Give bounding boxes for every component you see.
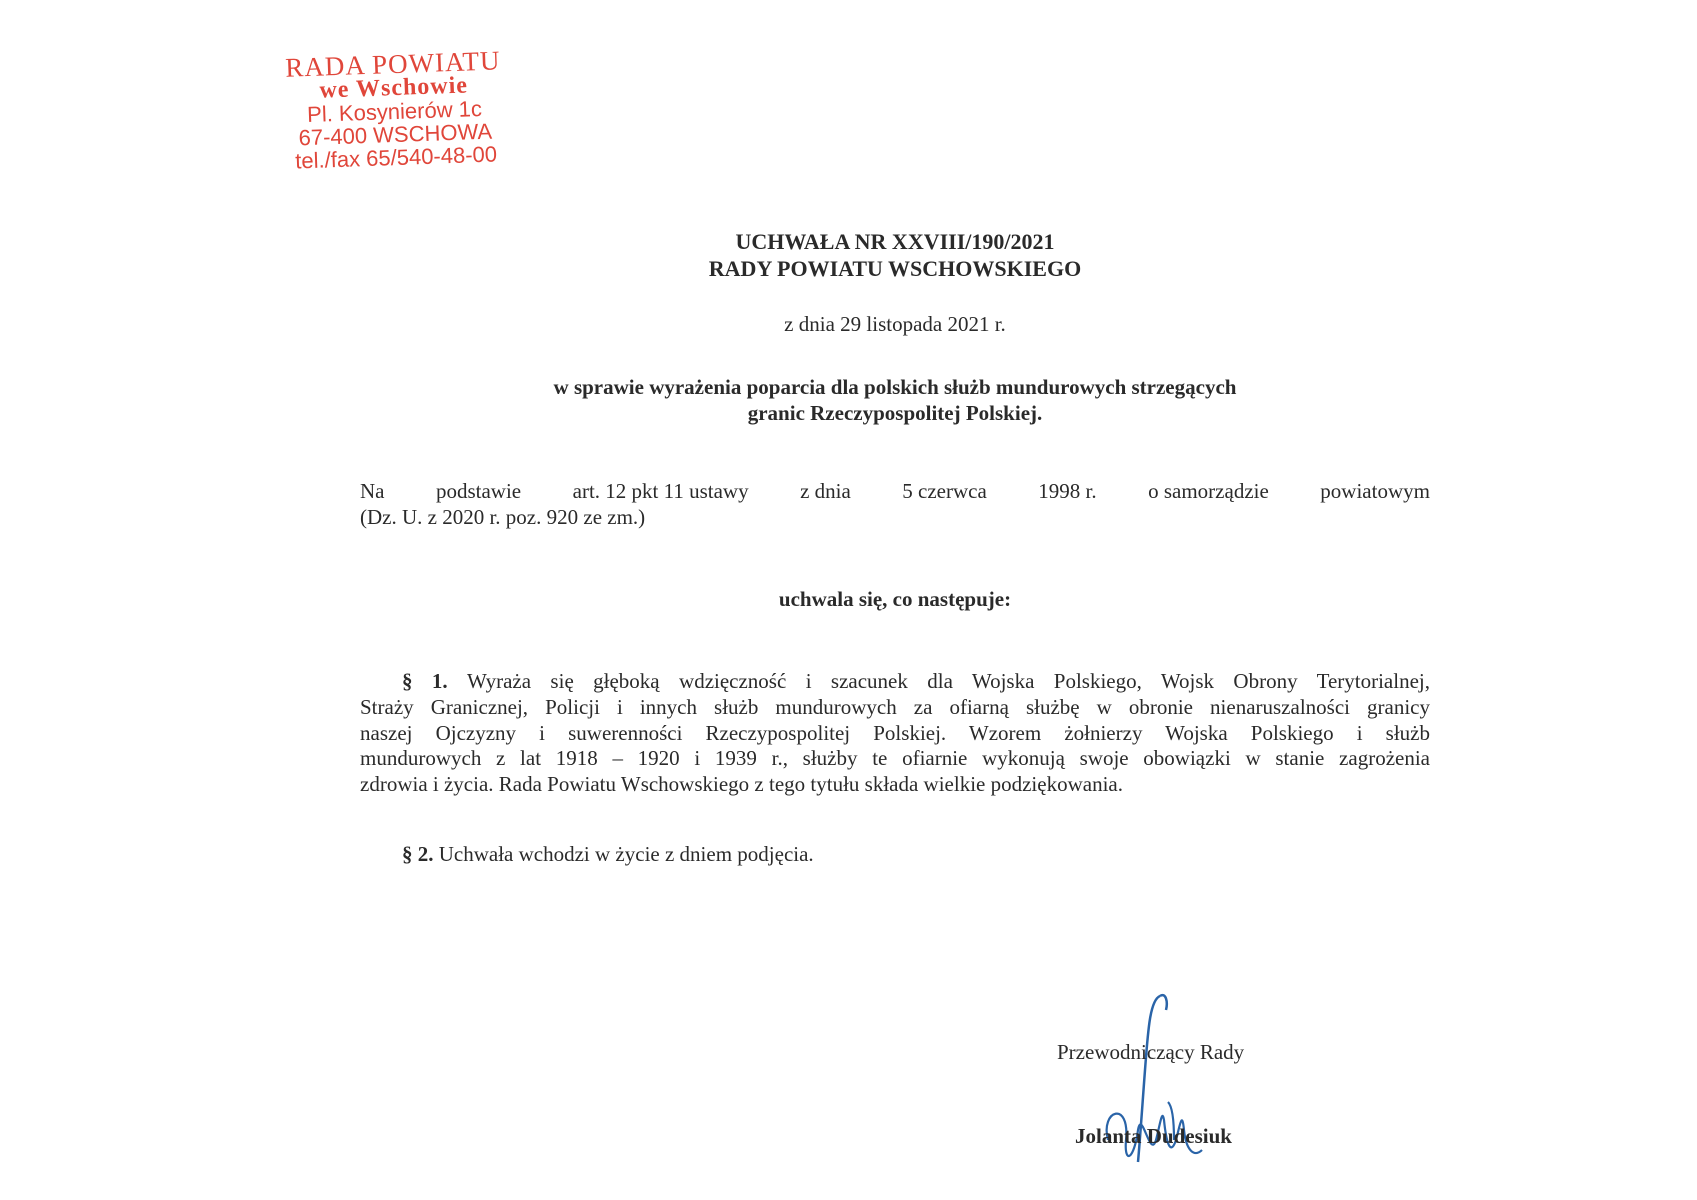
title-line-council: RADY POWIATU WSCHOWSKIEGO [0,255,1697,282]
legal-basis: Napodstawieart. 12 pkt 11 ustawyz dnia5 … [360,479,1430,531]
legal-basis-word: art. 12 pkt 11 ustawy [573,479,749,505]
document-subject: w sprawie wyrażenia poparcia dla polskic… [0,374,1697,426]
legal-basis-word: z dnia [800,479,851,505]
enacting-clause: uchwala się, co następuje: [0,587,1697,612]
section-1: § 1. Wyraża się głęboką wdzięczność i sz… [360,669,1430,798]
legal-basis-word: 5 czerwca [902,479,987,505]
subject-line-1: w sprawie wyrażenia poparcia dla polskic… [0,374,1697,400]
section-2-text: Uchwała wchodzi w życie z dniem podjęcia… [439,842,814,866]
legal-basis-word: Na [360,479,385,505]
legal-basis-word: 1998 r. [1038,479,1096,505]
legal-basis-line-2: (Dz. U. z 2020 r. poz. 920 ze zm.) [360,505,1430,531]
council-stamp: RADA POWIATU we Wschowie Pl. Kosynierów … [270,48,519,173]
section-1-line: Straży Granicznej, Policji i innych służ… [360,695,1430,721]
document-date: z dnia 29 listopada 2021 r. [0,312,1697,337]
section-1-line: mundurowych z lat 1918 – 1920 i 1939 r.,… [360,746,1430,772]
legal-basis-word: powiatowym [1320,479,1430,505]
legal-basis-word: o samorządzie [1148,479,1269,505]
legal-basis-line-1: Napodstawieart. 12 pkt 11 ustawyz dnia5 … [360,479,1430,505]
section-1-line: § 1. Wyraża się głęboką wdzięczność i sz… [360,669,1430,695]
section-1-mark: § 1. [402,669,467,693]
signatory-name: Jolanta Dudesiuk [1075,1124,1232,1149]
legal-basis-word: podstawie [436,479,521,505]
title-line-resolution: UCHWAŁA NR XXVIII/190/2021 [0,228,1697,255]
subject-line-2: granic Rzeczypospolitej Polskiej. [0,400,1697,426]
section-1-line: naszej Ojczyzny i suwerenności Rzeczypos… [360,721,1430,747]
section-1-line: zdrowia i życia. Rada Powiatu Wschowskie… [360,772,1430,798]
signatory-role: Przewodniczący Rady [1057,1040,1244,1065]
section-2-mark: § 2. [402,842,434,866]
document-title: UCHWAŁA NR XXVIII/190/2021 RADY POWIATU … [0,228,1697,282]
section-2: § 2. Uchwała wchodzi w życie z dniem pod… [360,842,1430,868]
